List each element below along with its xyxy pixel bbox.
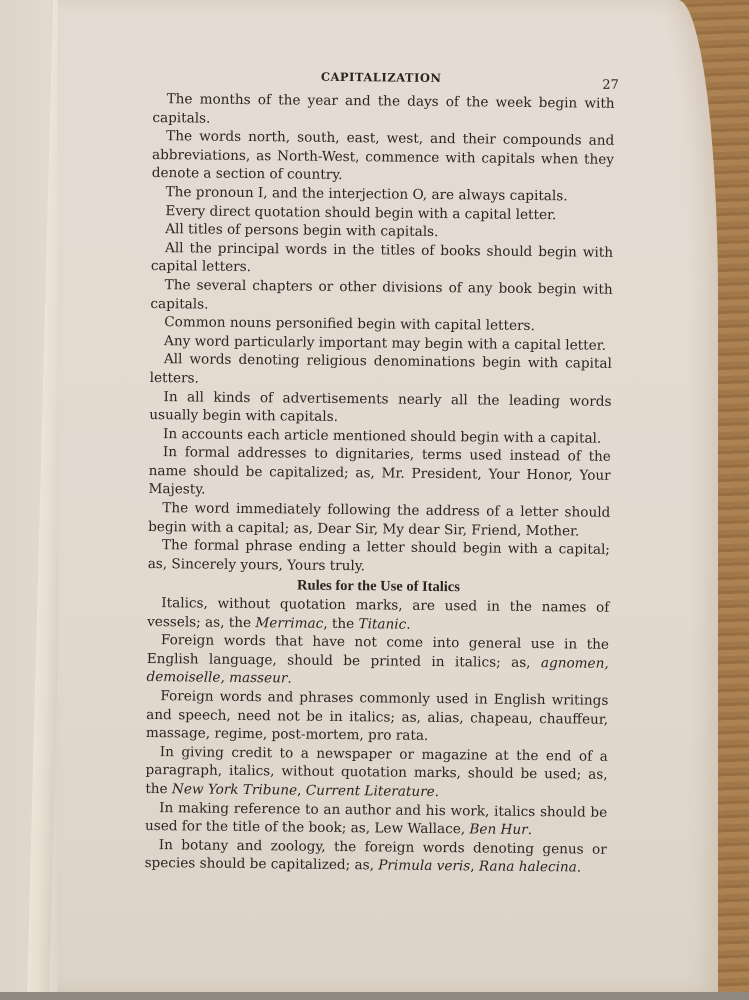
rule-paragraph: The word immediately following the addre…	[148, 499, 610, 541]
page-bottom-edge	[0, 992, 749, 1000]
italics-rule: Italics, without quotation marks, are us…	[147, 594, 609, 636]
page-content: CAPITALIZATION 27 The months of the year…	[145, 62, 615, 878]
italics-rule: Foreign words that have not come into ge…	[146, 631, 609, 692]
rule-paragraph: All words denoting religious denominatio…	[150, 350, 612, 392]
italics-rule: In giving credit to a newspaper or magaz…	[145, 743, 608, 804]
italics-rule: Foreign words and phrases commonly used …	[146, 687, 609, 748]
rule-paragraph: In all kinds of advertisements nearly al…	[149, 387, 611, 429]
page-header: CAPITALIZATION 27	[153, 62, 615, 95]
rule-paragraph: The formal phrase ending a letter should…	[148, 536, 610, 578]
page-number: 27	[602, 77, 619, 96]
rule-paragraph: The several chapters or other divisions …	[150, 276, 612, 318]
running-head: CAPITALIZATION	[321, 68, 442, 88]
rule-paragraph: The words north, south, east, west, and …	[152, 127, 615, 188]
italics-rule: In botany and zoology, the foreign words…	[145, 836, 607, 878]
rule-paragraph: In formal addresses to dignitaries, term…	[148, 443, 611, 504]
rule-paragraph: All the principal words in the titles of…	[151, 239, 613, 281]
italics-rule: In making reference to an author and his…	[145, 799, 607, 841]
rule-paragraph: The months of the year and the days of t…	[152, 90, 614, 132]
